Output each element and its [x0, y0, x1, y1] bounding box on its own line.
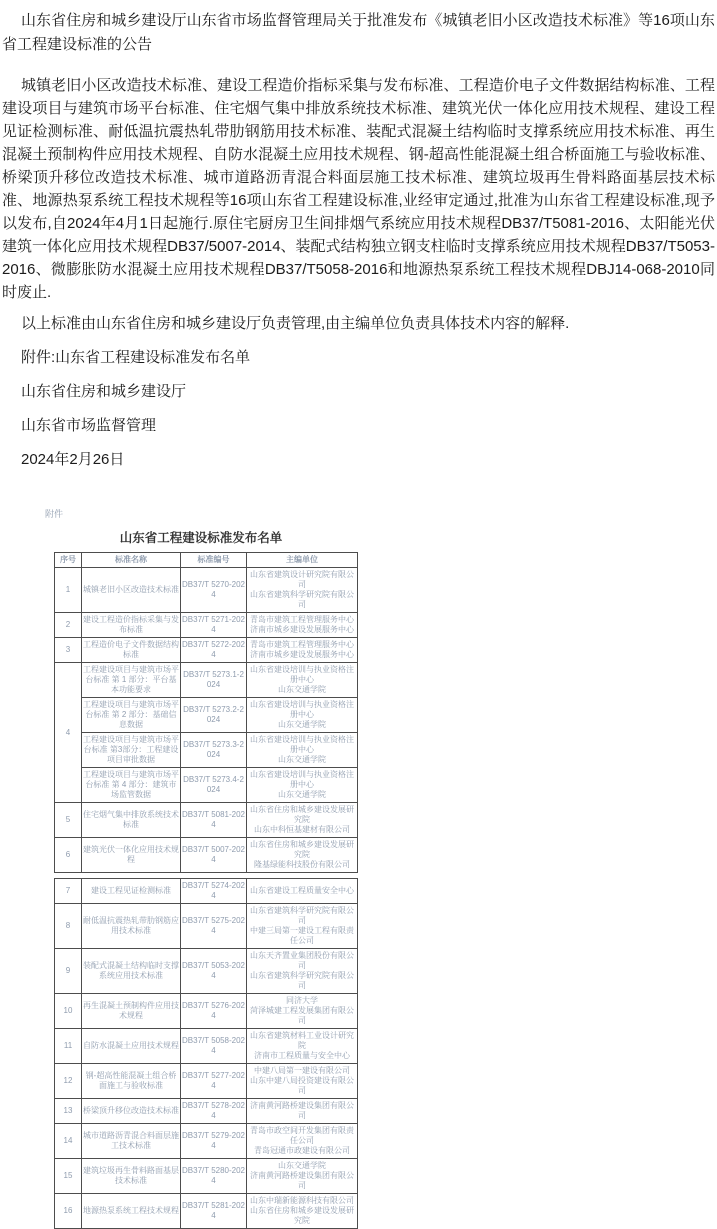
chief-editor-org: 山东中瑞新能源科技有限公司 — [248, 1196, 356, 1206]
announcement-document: 山东省住房和城乡建设厅山东省市场监督管理局关于批准发布《城镇老旧小区改造技术标准… — [0, 0, 717, 1229]
chief-editor-org: 山东省建筑科学研究院有限公司 — [248, 590, 356, 610]
standard-name-cell: 城市道路沥青混合料面层施工技术标准 — [82, 1124, 181, 1159]
standard-code-cell: DB37/T 5053-2024 — [181, 949, 247, 994]
standard-name-cell: 建设工程造价指标采集与发布标准 — [82, 613, 181, 638]
table-row: 工程建设项目与建筑市场平台标准 第 2 部分：基础信息数据DB37/T 5273… — [55, 698, 358, 733]
column-header-number: 序号 — [55, 553, 82, 568]
table-row: 工程建设项目与建筑市场平台标准 第 4 部分：建筑市场监管数据DB37/T 52… — [55, 768, 358, 803]
table-row: 工程建设项目与建筑市场平台标准 第3部分：工程建设项目审批数据DB37/T 52… — [55, 733, 358, 768]
table-row: 14城市道路沥青混合料面层施工技术标准DB37/T 5279-2024青岛市政空… — [55, 1124, 358, 1159]
standard-code-cell: DB37/T 5280-2024 — [181, 1159, 247, 1194]
chief-editor-cell: 山东天齐置业集团股份有限公司山东省建筑科学研究院有限公司 — [247, 949, 358, 994]
chief-editor-org: 山东省住房和城乡建设发展研究院 — [248, 805, 356, 825]
chief-editor-org: 山东省建设培训与执业资格注册中心 — [248, 770, 356, 790]
chief-editor-org: 济南黄河路桥建设集团有限公司 — [248, 1171, 356, 1191]
issuer-market-admin-line: 山东省市场监督管理 — [2, 414, 715, 437]
standard-name-cell: 钢-超高性能混凝土组合桥面施工与验收标准 — [82, 1064, 181, 1099]
table-row: 15建筑垃圾再生骨料路面基层技术标准DB37/T 5280-2024山东交通学院… — [55, 1159, 358, 1194]
row-number-cell: 6 — [55, 838, 82, 873]
table-row: 9装配式混凝土结构临时支撑系统应用技术标准DB37/T 5053-2024山东天… — [55, 949, 358, 994]
standard-code-cell: DB37/T 5281-2024 — [181, 1194, 247, 1229]
chief-editor-org: 青岛市政空间开发集团有限责任公司 — [248, 1126, 356, 1146]
chief-editor-org: 济南市工程质量与安全中心 — [248, 1051, 356, 1061]
table-row: 6建筑光伏一体化应用技术规程DB37/T 5007-2024山东省住房和城乡建设… — [55, 838, 358, 873]
row-number-cell: 12 — [55, 1064, 82, 1099]
row-number-cell: 11 — [55, 1029, 82, 1064]
table-row: 7建设工程见证检测标准DB37/T 5274-2024山东省建设工程质量安全中心 — [55, 879, 358, 904]
row-number-cell: 2 — [55, 613, 82, 638]
standard-name-cell: 工程建设项目与建筑市场平台标准 第3部分：工程建设项目审批数据 — [82, 733, 181, 768]
chief-editor-cell: 山东省建筑材料工业设计研究院济南市工程质量与安全中心 — [247, 1029, 358, 1064]
chief-editor-org: 山东省建筑设计研究院有限公司 — [248, 570, 356, 590]
standard-name-cell: 装配式混凝土结构临时支撑系统应用技术标准 — [82, 949, 181, 994]
chief-editor-org: 山东省建设工程质量安全中心 — [248, 886, 356, 896]
standard-code-cell: DB37/T 5273.2-2024 — [181, 698, 247, 733]
attachment-reference-line: 附件:山东省工程建设标准发布名单 — [2, 346, 715, 369]
standard-code-cell: DB37/T 5271-2024 — [181, 613, 247, 638]
attachment-section: 附件 山东省工程建设标准发布名单 序号 标准名称 标准编号 主编单位 1城镇老旧… — [45, 509, 361, 1229]
row-number-cell: 4 — [55, 663, 82, 803]
column-header-chief-editor: 主编单位 — [247, 553, 358, 568]
table-row: 1城镇老旧小区改造技术标准DB37/T 5270-2024山东省建筑设计研究院有… — [55, 568, 358, 613]
chief-editor-cell: 青岛市政空间开发集团有限责任公司青岛冠通市政建设有限公司 — [247, 1124, 358, 1159]
chief-editor-cell: 山东省建设培训与执业资格注册中心山东交通学院 — [247, 698, 358, 733]
standard-name-cell: 工程造价电子文件数据结构标准 — [82, 638, 181, 663]
issuer-housing-dept-line: 山东省住房和城乡建设厅 — [2, 380, 715, 403]
chief-editor-org: 山东交通学院 — [248, 685, 356, 695]
issue-date-line: 2024年2月26日 — [2, 448, 715, 471]
standard-code-cell: DB37/T 5279-2024 — [181, 1124, 247, 1159]
table-row: 10再生混凝土预制构件应用技术规程DB37/T 5276-2024同济大学菏泽城… — [55, 994, 358, 1029]
standard-name-cell: 地源热泵系统工程技术规程 — [82, 1194, 181, 1229]
standard-code-cell: DB37/T 5058-2024 — [181, 1029, 247, 1064]
chief-editor-org: 山东交通学院 — [248, 720, 356, 730]
chief-editor-org: 青岛冠通市政建设有限公司 — [248, 1146, 356, 1156]
chief-editor-org: 山东交通学院 — [248, 755, 356, 765]
chief-editor-cell: 山东省建筑科学研究院有限公司中建三局第一建设工程有限责任公司 — [247, 904, 358, 949]
chief-editor-org: 同济大学 — [248, 996, 356, 1006]
standard-code-cell: DB37/T 5273.4-2024 — [181, 768, 247, 803]
chief-editor-cell: 山东省建设培训与执业资格注册中心山东交通学院 — [247, 663, 358, 698]
chief-editor-org: 隆基绿能科技股份有限公司 — [248, 860, 356, 870]
chief-editor-org: 山东省住房和城乡建设发展研究院 — [248, 840, 356, 860]
chief-editor-org: 山东交通学院 — [248, 1161, 356, 1171]
standard-code-cell: DB37/T 5276-2024 — [181, 994, 247, 1029]
row-number-cell: 5 — [55, 803, 82, 838]
table-row: 3工程造价电子文件数据结构标准DB37/T 5272-2024青岛市建筑工程管理… — [55, 638, 358, 663]
chief-editor-cell: 山东省住房和城乡建设发展研究院山东中科恒基建材有限公司 — [247, 803, 358, 838]
table-row: 12钢-超高性能混凝土组合桥面施工与验收标准DB37/T 5277-2024中建… — [55, 1064, 358, 1099]
chief-editor-cell: 山东省建设培训与执业资格注册中心山东交通学院 — [247, 768, 358, 803]
chief-editor-cell: 山东省住房和城乡建设发展研究院隆基绿能科技股份有限公司 — [247, 838, 358, 873]
chief-editor-cell: 山东省建筑设计研究院有限公司山东省建筑科学研究院有限公司 — [247, 568, 358, 613]
standard-code-cell: DB37/T 5277-2024 — [181, 1064, 247, 1099]
chief-editor-cell: 青岛市建筑工程管理服务中心济南市城乡建设发展服务中心 — [247, 613, 358, 638]
standard-name-cell: 工程建设项目与建筑市场平台标准 第 1 部分：平台基本功能要求 — [82, 663, 181, 698]
row-number-cell: 9 — [55, 949, 82, 994]
chief-editor-cell: 山东省建设工程质量安全中心 — [247, 879, 358, 904]
standard-name-cell: 住宅烟气集中排放系统技术标准 — [82, 803, 181, 838]
chief-editor-org: 济南黄河路桥建设集团有限公司 — [248, 1101, 356, 1121]
chief-editor-cell: 山东交通学院济南黄河路桥建设集团有限公司 — [247, 1159, 358, 1194]
row-number-cell: 3 — [55, 638, 82, 663]
standard-code-cell: DB37/T 5274-2024 — [181, 879, 247, 904]
table-row: 16地源热泵系统工程技术规程DB37/T 5281-2024山东中瑞新能源科技有… — [55, 1194, 358, 1229]
standard-name-cell: 工程建设项目与建筑市场平台标准 第 4 部分：建筑市场监管数据 — [82, 768, 181, 803]
chief-editor-org: 山东中科恒基建材有限公司 — [248, 825, 356, 835]
standard-name-cell: 耐低温抗震热轧带肋钢筋应用技术标准 — [82, 904, 181, 949]
chief-editor-org: 山东省建设培训与执业资格注册中心 — [248, 735, 356, 755]
chief-editor-org: 济南市城乡建设发展服务中心 — [248, 625, 356, 635]
row-number-cell: 7 — [55, 879, 82, 904]
chief-editor-org: 青岛市建筑工程管理服务中心 — [248, 640, 356, 650]
chief-editor-org: 山东交通学院 — [248, 790, 356, 800]
chief-editor-cell: 济南黄河路桥建设集团有限公司 — [247, 1099, 358, 1124]
chief-editor-cell: 山东省建设培训与执业资格注册中心山东交通学院 — [247, 733, 358, 768]
chief-editor-cell: 青岛市建筑工程管理服务中心济南市城乡建设发展服务中心 — [247, 638, 358, 663]
table-row: 5住宅烟气集中排放系统技术标准DB37/T 5081-2024山东省住房和城乡建… — [55, 803, 358, 838]
chief-editor-cell: 同济大学菏泽城建工程发展集团有限公司 — [247, 994, 358, 1029]
chief-editor-org: 山东省建筑科学研究院有限公司 — [248, 971, 356, 991]
standard-code-cell: DB37/T 5081-2024 — [181, 803, 247, 838]
standard-name-cell: 自防水混凝土应用技术规程 — [82, 1029, 181, 1064]
table-row: 13桥梁顶升移位改造技术标准DB37/T 5278-2024济南黄河路桥建设集团… — [55, 1099, 358, 1124]
table-row: 2建设工程造价指标采集与发布标准DB37/T 5271-2024青岛市建筑工程管… — [55, 613, 358, 638]
chief-editor-cell: 山东中瑞新能源科技有限公司山东省住房和城乡建设发展研究院 — [247, 1194, 358, 1229]
standards-table-part2: 7建设工程见证检测标准DB37/T 5274-2024山东省建设工程质量安全中心… — [54, 878, 358, 1229]
chief-editor-org: 青岛市建筑工程管理服务中心 — [248, 615, 356, 625]
row-number-cell: 1 — [55, 568, 82, 613]
standard-name-cell: 城镇老旧小区改造技术标准 — [82, 568, 181, 613]
chief-editor-org: 山东省住房和城乡建设发展研究院 — [248, 1206, 356, 1226]
row-number-cell: 16 — [55, 1194, 82, 1229]
column-header-standard-name: 标准名称 — [82, 553, 181, 568]
chief-editor-org: 菏泽城建工程发展集团有限公司 — [248, 1006, 356, 1026]
chief-editor-org: 济南市城乡建设发展服务中心 — [248, 650, 356, 660]
standard-name-cell: 建设工程见证检测标准 — [82, 879, 181, 904]
chief-editor-org: 山东中建八局投资建设有限公司 — [248, 1076, 356, 1096]
chief-editor-cell: 中建八局第一建设有限公司山东中建八局投资建设有限公司 — [247, 1064, 358, 1099]
standard-name-cell: 建筑光伏一体化应用技术规程 — [82, 838, 181, 873]
chief-editor-org: 山东省建设培训与执业资格注册中心 — [248, 700, 356, 720]
attachment-label: 附件 — [45, 509, 361, 520]
chief-editor-org: 山东省建筑材料工业设计研究院 — [248, 1031, 356, 1051]
standard-code-cell: DB37/T 5273.3-2024 — [181, 733, 247, 768]
table-row: 4工程建设项目与建筑市场平台标准 第 1 部分：平台基本功能要求DB37/T 5… — [55, 663, 358, 698]
chief-editor-org: 山东省建设培训与执业资格注册中心 — [248, 665, 356, 685]
announcement-title: 山东省住房和城乡建设厅山东省市场监督管理局关于批准发布《城镇老旧小区改造技术标准… — [2, 9, 715, 57]
standard-code-cell: DB37/T 5273.1-2024 — [181, 663, 247, 698]
standard-code-cell: DB37/T 5278-2024 — [181, 1099, 247, 1124]
standard-code-cell: DB37/T 5275-2024 — [181, 904, 247, 949]
table-row: 8耐低温抗震热轧带肋钢筋应用技术标准DB37/T 5275-2024山东省建筑科… — [55, 904, 358, 949]
chief-editor-org: 山东省建筑科学研究院有限公司 — [248, 906, 356, 926]
chief-editor-org: 中建三局第一建设工程有限责任公司 — [248, 926, 356, 946]
standard-name-cell: 建筑垃圾再生骨料路面基层技术标准 — [82, 1159, 181, 1194]
row-number-cell: 10 — [55, 994, 82, 1029]
row-number-cell: 15 — [55, 1159, 82, 1194]
column-header-standard-code: 标准编号 — [181, 553, 247, 568]
standard-name-cell: 桥梁顶升移位改造技术标准 — [82, 1099, 181, 1124]
standard-code-cell: DB37/T 5007-2024 — [181, 838, 247, 873]
announcement-body-paragraph: 城镇老旧小区改造技术标准、建设工程造价指标采集与发布标准、工程造价电子文件数据结… — [2, 74, 715, 304]
chief-editor-org: 中建八局第一建设有限公司 — [248, 1066, 356, 1076]
management-note-paragraph: 以上标准由山东省住房和城乡建设厅负责管理,由主编单位负责具体技术内容的解释. — [2, 312, 715, 335]
standard-name-cell: 再生混凝土预制构件应用技术规程 — [82, 994, 181, 1029]
chief-editor-org: 山东天齐置业集团股份有限公司 — [248, 951, 356, 971]
standard-code-cell: DB37/T 5270-2024 — [181, 568, 247, 613]
standard-code-cell: DB37/T 5272-2024 — [181, 638, 247, 663]
table-row: 11自防水混凝土应用技术规程DB37/T 5058-2024山东省建筑材料工业设… — [55, 1029, 358, 1064]
standard-name-cell: 工程建设项目与建筑市场平台标准 第 2 部分：基础信息数据 — [82, 698, 181, 733]
standards-table-title: 山东省工程建设标准发布名单 — [45, 528, 357, 546]
row-number-cell: 14 — [55, 1124, 82, 1159]
standards-table-part1: 序号 标准名称 标准编号 主编单位 1城镇老旧小区改造技术标准DB37/T 52… — [54, 552, 358, 873]
row-number-cell: 8 — [55, 904, 82, 949]
row-number-cell: 13 — [55, 1099, 82, 1124]
table-header-row: 序号 标准名称 标准编号 主编单位 — [55, 553, 358, 568]
